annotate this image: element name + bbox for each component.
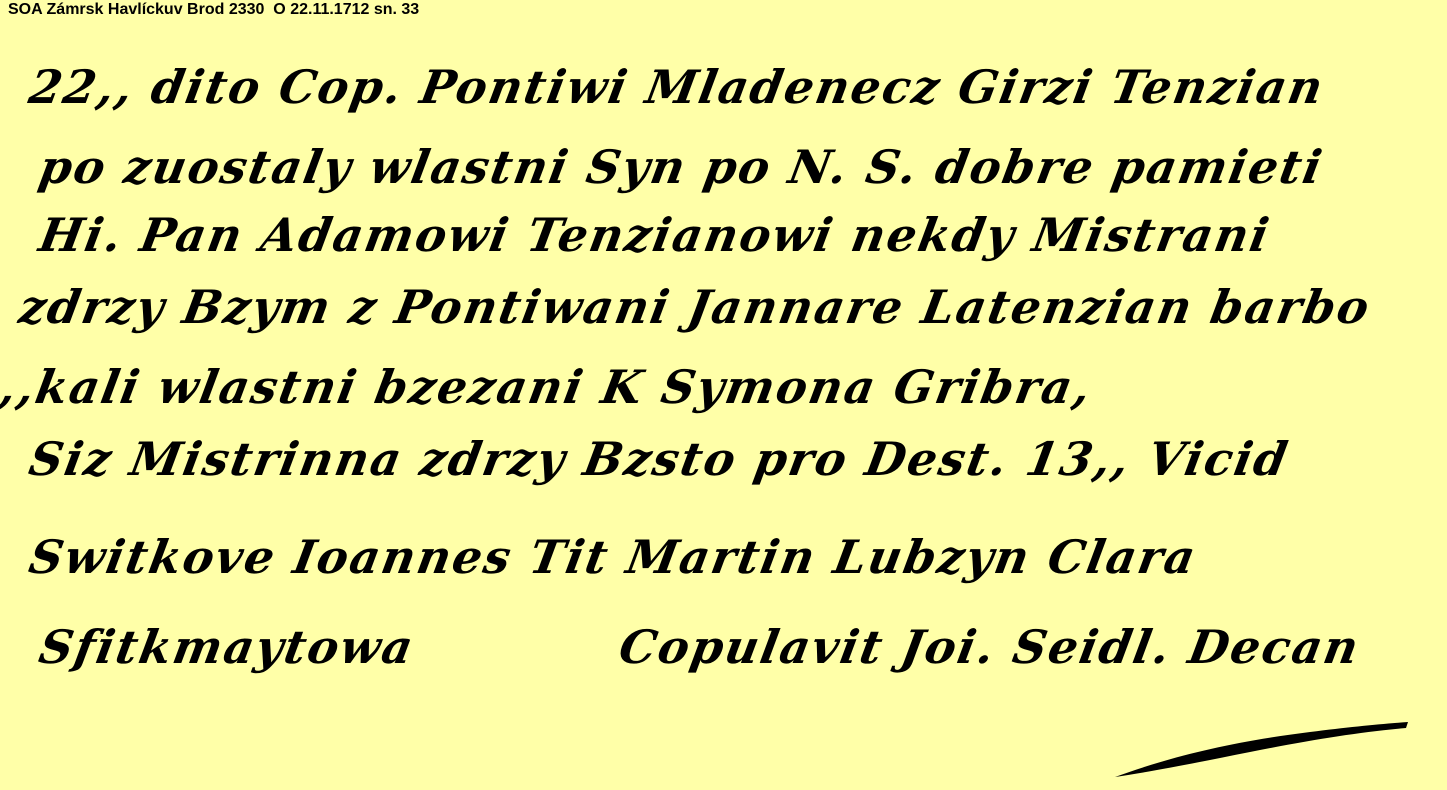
- priest-signature: Copulavit Joi. Seidl. Decan: [615, 620, 1364, 674]
- handwriting-line-6: Siz Mistrinna zdrzy Bzsto pro Dest. 13,,…: [25, 432, 1293, 486]
- handwriting-line-5: ,,kali wlastni bzezani K Symona Gribra,: [0, 360, 1097, 414]
- handwriting-line-3: Hi. Pan Adamowi Tenzianowi nekdy Mistran…: [35, 208, 1274, 262]
- signature-flourish-icon: [1110, 712, 1410, 782]
- handwriting-line-7: Switkove Ioannes Tit Martin Lubzyn Clara: [25, 530, 1201, 584]
- handwriting-line-4: zdrzy Bzym z Pontiwani Jannare Latenzian…: [15, 280, 1375, 334]
- handwriting-line-2: po zuostaly wlastni Syn po N. S. dobre p…: [35, 140, 1327, 194]
- archive-caption: SOA Zámrsk Havlíckuv Brod 2330 O 22.11.1…: [8, 1, 419, 19]
- document-scan: SOA Zámrsk Havlíckuv Brod 2330 O 22.11.1…: [0, 0, 1447, 790]
- handwriting-line-1: 22,, dito Cop. Pontiwi Mladenecz Girzi T…: [25, 60, 1329, 114]
- handwriting-line-8: Sfitkmaytowa: [35, 620, 419, 674]
